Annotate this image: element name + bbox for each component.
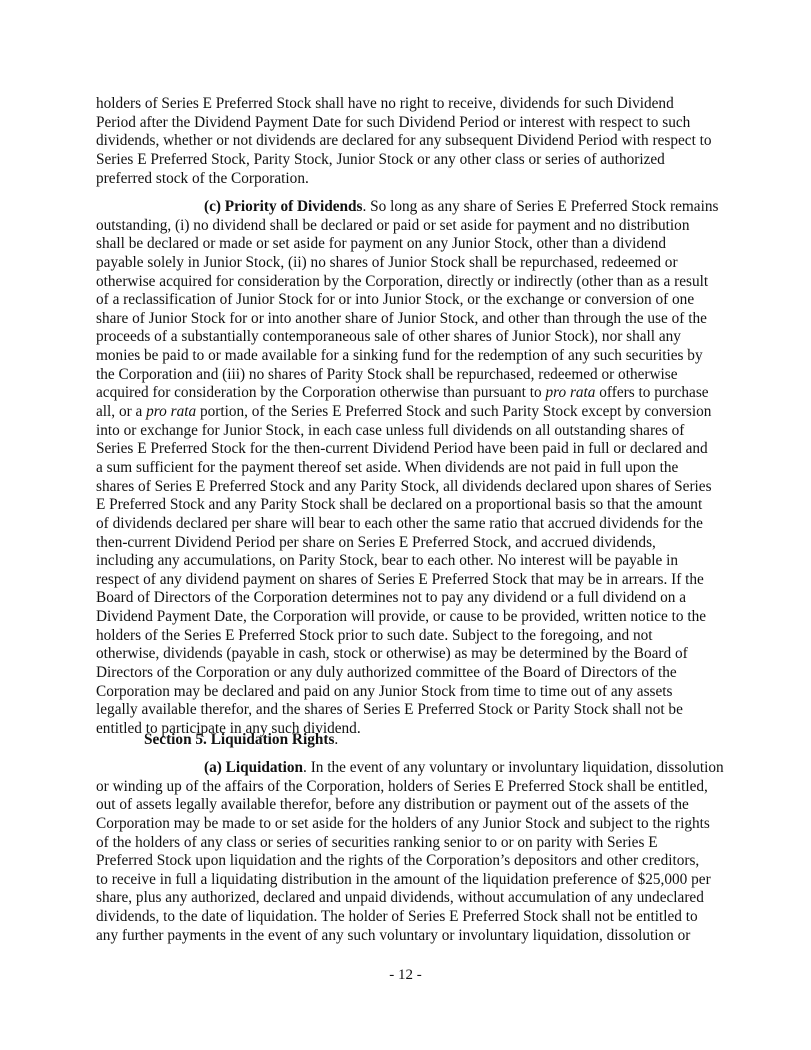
text-line: holders of Series E Preferred Stock shal… (96, 95, 736, 114)
text-line: Series E Preferred Stock, Parity Stock, … (96, 151, 736, 170)
text-line: respect of any dividend payment on share… (96, 571, 736, 590)
text-line: preferred stock of the Corporation. (96, 170, 736, 189)
priority-of-dividends-paragraph: (c) Priority of Dividends. So long as an… (96, 198, 736, 739)
text-line: shall be declared or made or set aside f… (96, 235, 736, 254)
text-line: Series E Preferred Stock for the then-cu… (96, 440, 736, 459)
text-line: any further payments in the event of any… (96, 927, 736, 946)
text-line: Period after the Dividend Payment Date f… (96, 114, 736, 133)
text-line: the Corporation and (iii) no shares of P… (96, 366, 736, 385)
text-line: Preferred Stock upon liquidation and the… (96, 852, 736, 871)
page-number: - 12 - (0, 966, 811, 984)
italic-term: pro rata (545, 384, 595, 401)
text-line: Corporation may be made to or set aside … (96, 815, 736, 834)
text-line: then-current Dividend Period per share o… (96, 534, 736, 553)
continuation-paragraph: holders of Series E Preferred Stock shal… (96, 95, 736, 188)
text-line: legally available therefor, and the shar… (96, 701, 736, 720)
text-line: into or exchange for Junior Stock, in ea… (96, 422, 736, 441)
text-line: share, plus any authorized, declared and… (96, 889, 736, 908)
text-line: of a reclassification of Junior Stock fo… (96, 291, 736, 310)
text-line: or winding up of the affairs of the Corp… (96, 778, 736, 797)
paragraph-first-line: (a) Liquidation. In the event of any vol… (96, 759, 736, 778)
document-page: holders of Series E Preferred Stock shal… (0, 0, 811, 1050)
text-line: Directors of the Corporation or any duly… (96, 664, 736, 683)
text-line: out of assets legally available therefor… (96, 796, 736, 815)
text-line: Dividend Payment Date, the Corporation w… (96, 608, 736, 627)
subsection-heading: (c) Priority of Dividends (204, 198, 362, 215)
text-line: dividends, whether or not dividends are … (96, 132, 736, 151)
text-line: to receive in full a liquidating distrib… (96, 871, 736, 890)
text-line: of the holders of any class or series of… (96, 834, 736, 853)
text-line: including any accumulations, on Parity S… (96, 552, 736, 571)
text-line: monies be paid to or made available for … (96, 347, 736, 366)
text-line: otherwise acquired for consideration by … (96, 273, 736, 292)
text-line: all, or a pro rata portion, of the Serie… (96, 403, 736, 422)
text-line: acquired for consideration by the Corpor… (96, 384, 736, 403)
text-line: Corporation may be declared and paid on … (96, 683, 736, 702)
text-line: Board of Directors of the Corporation de… (96, 589, 736, 608)
text-line: a sum sufficient for the payment thereof… (96, 459, 736, 478)
text-line: share of Junior Stock for or into anothe… (96, 310, 736, 329)
text-line: holders of the Series E Preferred Stock … (96, 627, 736, 646)
paragraph-first-line: (c) Priority of Dividends. So long as an… (96, 198, 736, 217)
section-heading: Section 5. Liquidation Rights (144, 731, 334, 748)
text-line: otherwise, dividends (payable in cash, s… (96, 645, 736, 664)
text-line: proceeds of a substantially contemporane… (96, 328, 736, 347)
text-line: dividends, to the date of liquidation. T… (96, 908, 736, 927)
liquidation-paragraph: (a) Liquidation. In the event of any vol… (96, 759, 736, 945)
text-line: payable solely in Junior Stock, (ii) no … (96, 254, 736, 273)
text-line: outstanding, (i) no dividend shall be de… (96, 217, 736, 236)
text-line: E Preferred Stock and any Parity Stock s… (96, 496, 736, 515)
italic-term: pro rata (146, 403, 196, 420)
section-5-heading: Section 5. Liquidation Rights. (96, 731, 736, 750)
text-line: shares of Series E Preferred Stock and a… (96, 478, 736, 497)
text-line: of dividends declared per share will bea… (96, 515, 736, 534)
subsection-heading: (a) Liquidation (204, 759, 303, 776)
